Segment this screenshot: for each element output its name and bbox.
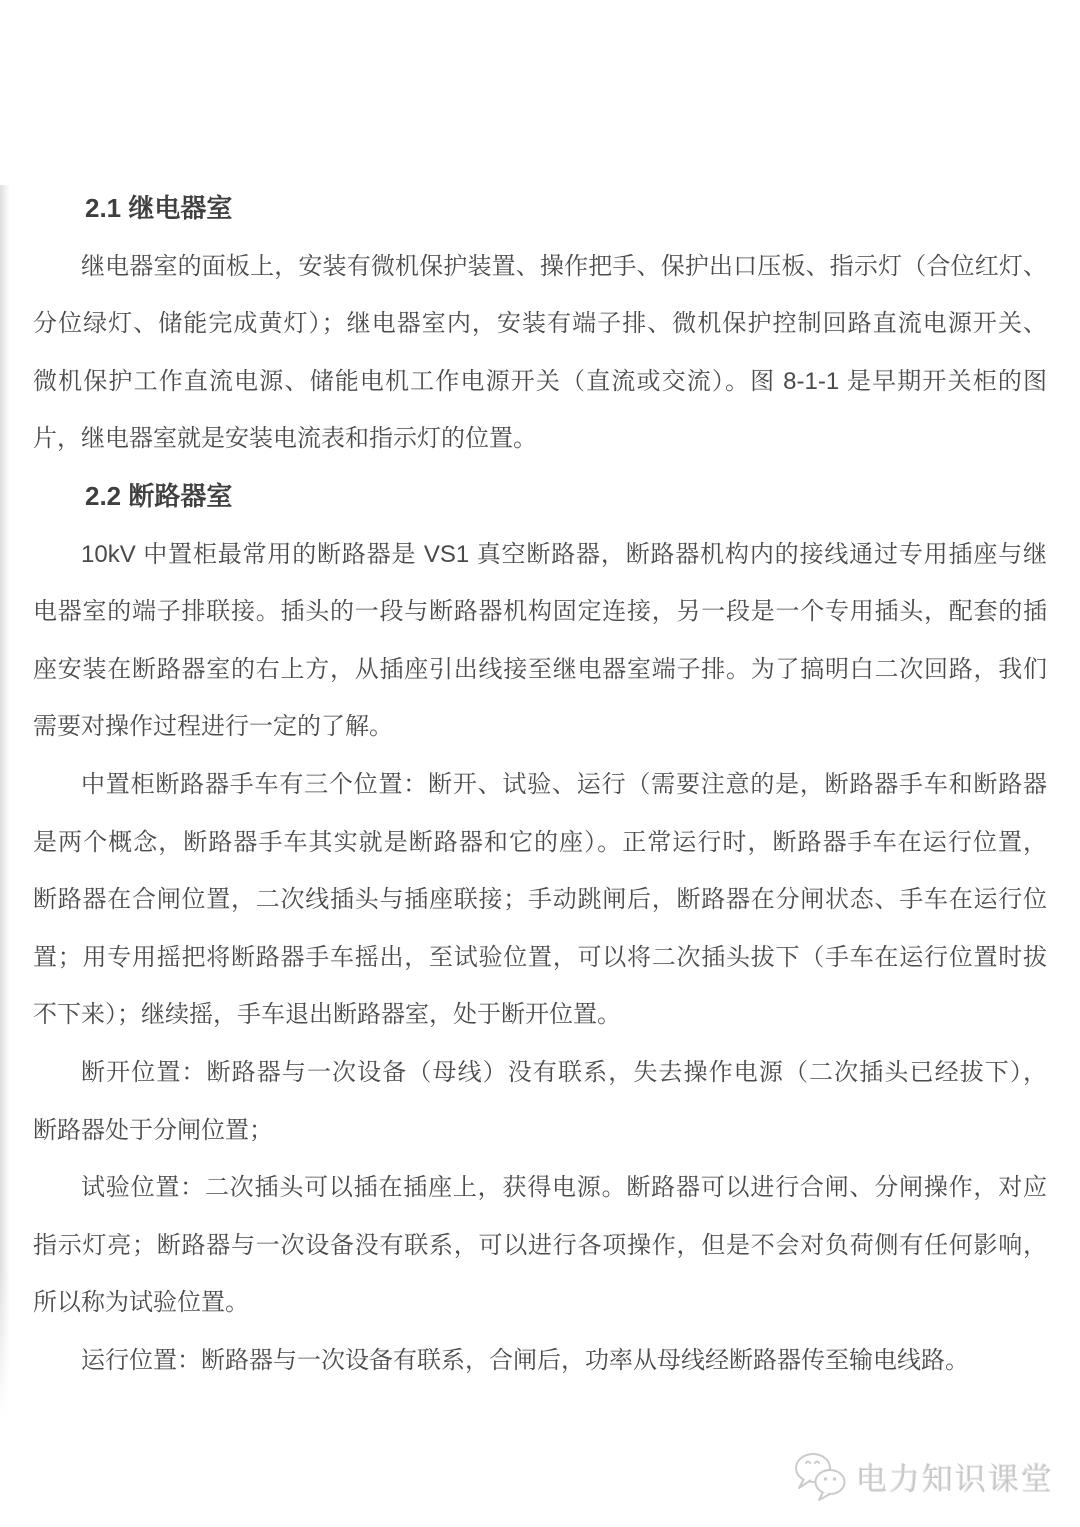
- chat-bubbles-icon: [792, 1449, 848, 1503]
- text-line: 是两个概念，断路器手车其实就是断路器和它的座）。正常运行时，断路器手车在运行位置…: [33, 814, 1047, 872]
- text-line: 断开位置：断路器与一次设备（母线）没有联系，失去操作电源（二次插头已经拔下），: [33, 1044, 1047, 1102]
- text-line: 分位绿灯、储能完成黄灯）；继电器室内，安装有端子排、微机保护控制回路直流电源开关…: [33, 295, 1047, 353]
- text-line: 指示灯亮；断路器与一次设备没有联系，可以进行各项操作，但是不会对负荷侧有任何影响…: [33, 1217, 1047, 1275]
- paragraph: 10kV 中置柜最常用的断路器是 VS1 真空断路器，断路器机构内的接线通过专用…: [33, 526, 1047, 756]
- paragraph: 继电器室的面板上，安装有微机保护装置、操作把手、保护出口压板、指示灯（合位红灯、…: [33, 238, 1047, 468]
- paragraph: 中置柜断路器手车有三个位置：断开、试验、运行（需要注意的是，断路器手车和断路器是…: [33, 756, 1047, 1044]
- text-line: 所以称为试验位置。: [33, 1274, 1047, 1332]
- section-heading: 2.2 断路器室: [33, 468, 1047, 526]
- paragraph: 运行位置：断路器与一次设备有联系，合闸后，功率从母线经断路器传至输电线路。: [33, 1332, 1047, 1390]
- paragraph: 断开位置：断路器与一次设备（母线）没有联系，失去操作电源（二次插头已经拔下），断…: [33, 1044, 1047, 1159]
- text-line: 片，继电器室就是安装电流表和指示灯的位置。: [33, 410, 1047, 468]
- text-line: 2.2 断路器室: [33, 468, 1047, 526]
- text-line: 10kV 中置柜最常用的断路器是 VS1 真空断路器，断路器机构内的接线通过专用…: [33, 526, 1047, 584]
- text-line: 座安装在断路器室的右上方，从插座引出线接至继电器室端子排。为了搞明白二次回路，我…: [33, 641, 1047, 699]
- text-line: 运行位置：断路器与一次设备有联系，合闸后，功率从母线经断路器传至输电线路。: [33, 1332, 1047, 1390]
- text-line: 置；用专用摇把将断路器手车摇出，至试验位置，可以将二次插头拔下（手车在运行位置时…: [33, 929, 1047, 987]
- section-heading: 2.1 继电器室: [33, 180, 1047, 238]
- watermark: 电力知识课堂: [792, 1449, 1054, 1503]
- text-line: 中置柜断路器手车有三个位置：断开、试验、运行（需要注意的是，断路器手车和断路器: [33, 756, 1047, 814]
- text-line: 试验位置：二次插头可以插在插座上，获得电源。断路器可以进行合闸、分闸操作，对应: [33, 1159, 1047, 1217]
- text-line: 需要对操作过程进行一定的了解。: [33, 698, 1047, 756]
- article-body: 2.1 继电器室继电器室的面板上，安装有微机保护装置、操作把手、保护出口压板、指…: [33, 180, 1047, 1389]
- text-line: 2.1 继电器室: [33, 180, 1047, 238]
- text-line: 电器室的端子排联接。插头的一段与断路器机构固定连接，另一段是一个专用插头，配套的…: [33, 583, 1047, 641]
- watermark-label: 电力知识课堂: [856, 1454, 1054, 1499]
- text-line: 断路器在合闸位置，二次线插头与插座联接；手动跳闸后，断路器在分闸状态、手车在运行…: [33, 871, 1047, 929]
- paragraph: 试验位置：二次插头可以插在插座上，获得电源。断路器可以进行合闸、分闸操作，对应指…: [33, 1159, 1047, 1332]
- text-line: 继电器室的面板上，安装有微机保护装置、操作把手、保护出口压板、指示灯（合位红灯、: [33, 238, 1047, 296]
- text-line: 断路器处于分闸位置；: [33, 1102, 1047, 1160]
- document-page: 2.1 继电器室继电器室的面板上，安装有微机保护装置、操作把手、保护出口压板、指…: [0, 0, 1080, 1527]
- text-line: 微机保护工作直流电源、储能电机工作电源开关（直流或交流）。图 8-1-1 是早期…: [33, 353, 1047, 411]
- page-edge-shadow: [0, 185, 10, 1420]
- text-line: 不下来）；继续摇，手车退出断路器室，处于断开位置。: [33, 986, 1047, 1044]
